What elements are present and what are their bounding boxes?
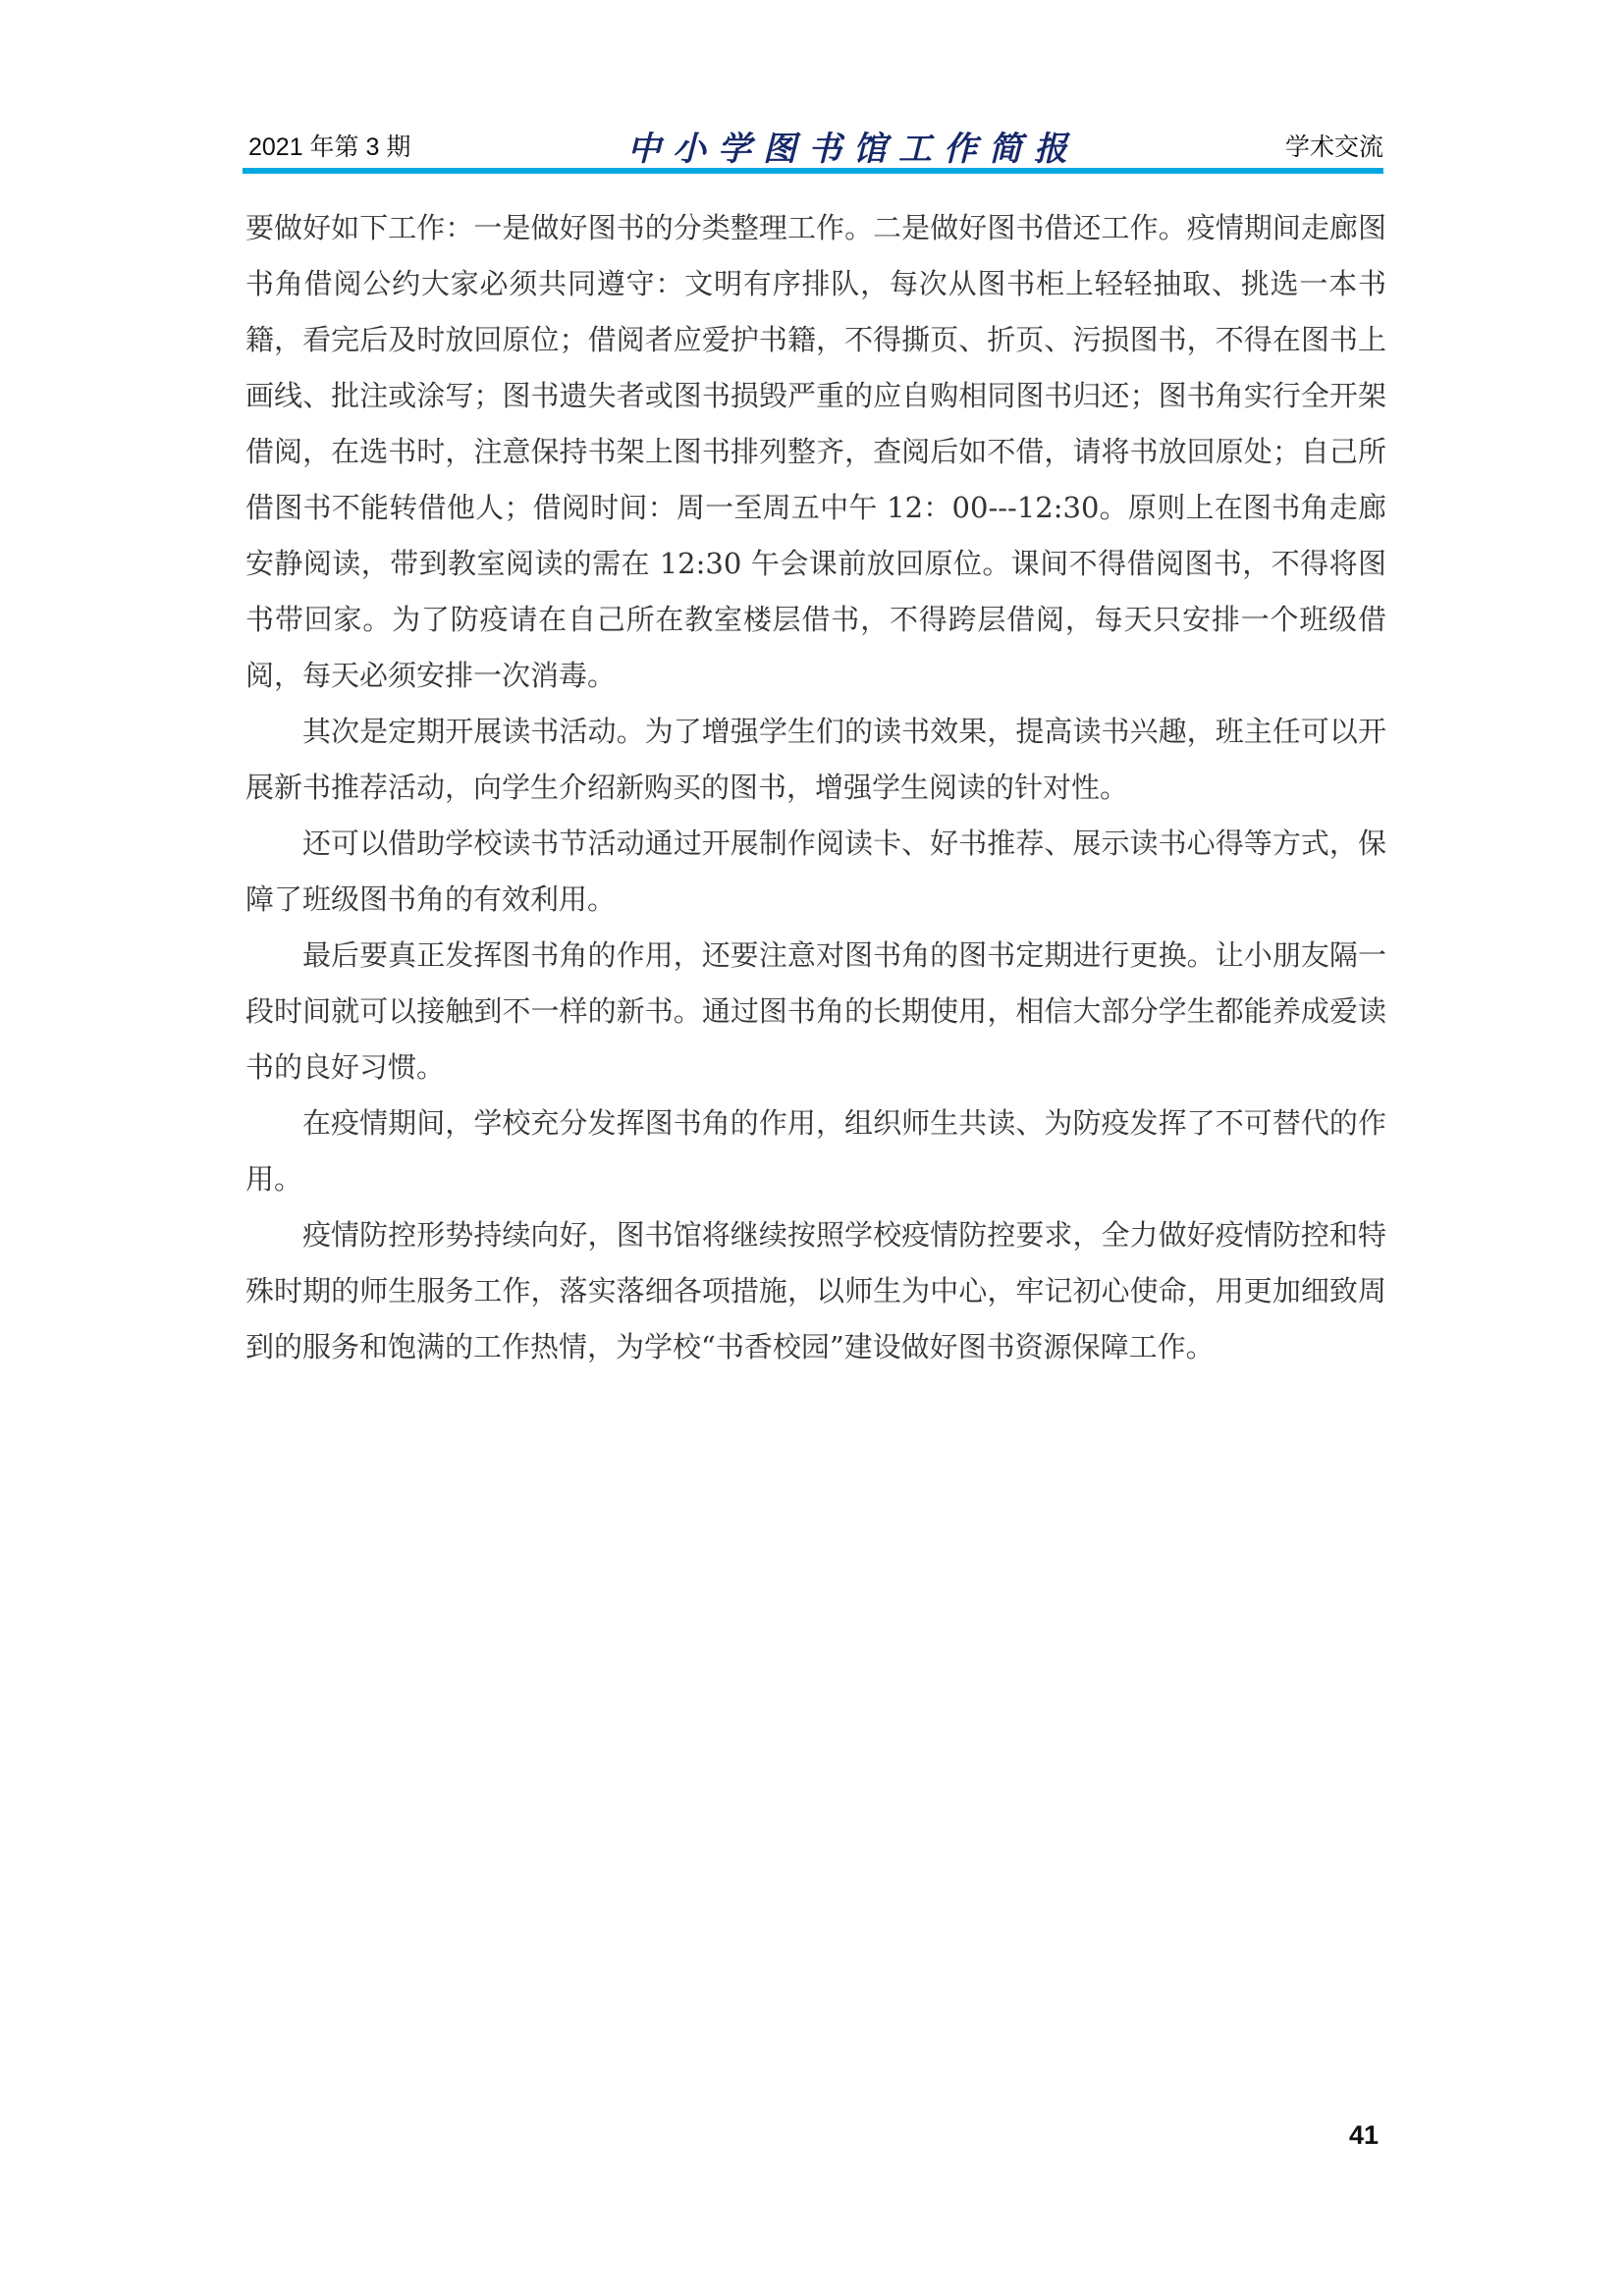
paragraph-continuation: 要做好如下工作：一是做好图书的分类整理工作。二是做好图书借还工作。疫情期间走廊图… [245, 200, 1386, 704]
paragraph: 其次是定期开展读书活动。为了增强学生们的读书效果，提高读书兴趣，班主任可以开展新… [245, 704, 1386, 816]
issue-label: 2021 年第 3 期 [248, 128, 410, 163]
page-number: 41 [1349, 2120, 1379, 2151]
header-divider [243, 168, 1383, 174]
paragraph: 疫情防控形势持续向好，图书馆将继续按照学校疫情防控要求，全力做好疫情防控和特殊时… [245, 1207, 1386, 1375]
publication-title: 中小学图书馆工作简报 [627, 122, 1079, 170]
section-label: 学术交流 [1285, 128, 1383, 163]
paragraph: 还可以借助学校读书节活动通过开展制作阅读卡、好书推荐、展示读书心得等方式，保障了… [245, 816, 1386, 928]
paragraph: 最后要真正发挥图书角的作用，还要注意对图书角的图书定期进行更换。让小朋友隔一段时… [245, 928, 1386, 1095]
paragraph: 在疫情期间，学校充分发挥图书角的作用，组织师生共读、为防疫发挥了不可替代的作用。 [245, 1095, 1386, 1207]
page-header: 2021 年第 3 期 中小学图书馆工作简报 学术交流 [243, 124, 1383, 163]
article-body: 要做好如下工作：一是做好图书的分类整理工作。二是做好图书借还工作。疫情期间走廊图… [245, 200, 1386, 1375]
